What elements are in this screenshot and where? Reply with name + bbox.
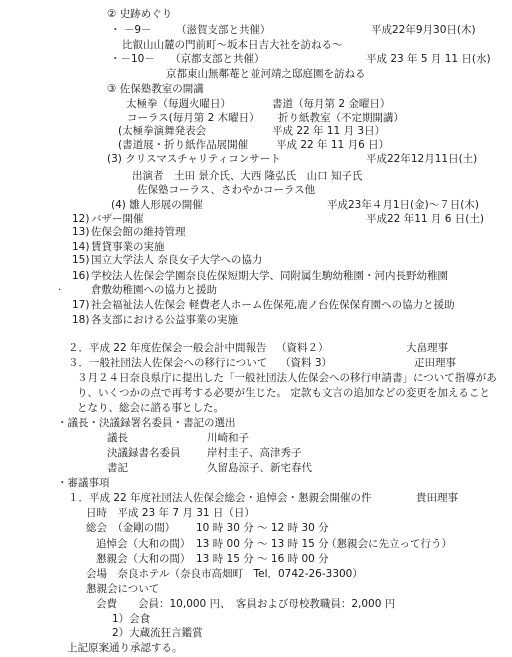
agenda-item-title: １．平成 22 年度社団法人佐保会総会・追悼会・懇親会開催の件 xyxy=(68,491,372,505)
item-16-continuation: 倉敷幼稚園への協力と援助 xyxy=(91,283,217,297)
report-3-title: ３．一般社団法人佐保会への移行について xyxy=(68,356,267,370)
item-17-text: 社会福祉法人佐保会 軽費老人ホーム佐保苑,鹿ノ台佐保保育園への協力と援助 xyxy=(91,298,455,312)
party-heading: 懇親会について xyxy=(86,582,159,596)
item-12-date: 平成22 年11 月 6 日(土) xyxy=(366,212,484,226)
agenda-venue: 会場 奈良ホテル（奈良市高畑町 Tel．0742-26-3300） xyxy=(86,567,363,581)
session-memorial-name: 追悼会（大和の間） xyxy=(96,537,191,551)
officer-signers-role: 決議録書名委員 xyxy=(107,446,181,460)
transition-note-line-1: ３月２４日奈良県庁に提出した「一般社団法人佐保会への移行申請書」について指導があ xyxy=(77,371,497,385)
officers-heading: ・議長・決議録署名委員・書記の選出 xyxy=(57,416,236,430)
classes-heading: ③ 佐保塾教室の開講 xyxy=(107,82,204,96)
officer-signers-names: 岸村圭子、高津秀子 xyxy=(207,446,302,460)
taichi-performance-date: 平成 22 年 11 月 3日） xyxy=(272,124,385,138)
agenda-presenter: 貴田理事 xyxy=(416,491,458,505)
item-15-num: 15) xyxy=(72,253,89,267)
report-3-material: （資料 3） xyxy=(280,356,332,370)
agenda-heading: ・審議事項 xyxy=(57,476,110,490)
tour-10-cohost: （京都支部と共催） xyxy=(170,52,265,66)
item-18-text: 各支部における公益事業の実施 xyxy=(91,313,238,327)
session-party-name: 懇親会（大和の間） xyxy=(96,552,191,566)
item-16-text: 学校法人佐保会学園奈良佐保短期大学、同附属生駒幼稚園・河内長野幼稚園 xyxy=(91,269,448,283)
item-18-num: 18) xyxy=(72,313,89,327)
tour-9-date: 平成22年9月30日(木) xyxy=(371,23,476,37)
stray-dot: · xyxy=(58,283,61,297)
tour-9-label: ・ －9－ xyxy=(110,23,152,37)
officer-secretary-names: 久留島涼子、新宅春代 xyxy=(207,461,312,475)
class-calligraphy: 書道（毎月第 2 金曜日） xyxy=(272,97,390,111)
officer-secretary-role: 書記 xyxy=(107,461,128,475)
class-taichi: 太極拳（毎週火曜日） xyxy=(126,97,231,111)
session-party-time: 13 時 15 分 ～ 16 時 00 分 xyxy=(196,552,329,566)
taichi-performance: (太極拳演舞発表会 xyxy=(118,124,206,138)
item-14-text: 賃貸事業の実施 xyxy=(91,240,165,254)
tour-10-label: ・－10－ xyxy=(110,52,155,66)
item-13-num: 13) xyxy=(72,225,89,239)
report-2-title: ２．平成 22 年度佐保会一般会計中間報告 xyxy=(68,341,267,355)
item-14-num: 14) xyxy=(72,240,89,254)
tour-10-date: 平成 23 年 5 月 11 日(水) xyxy=(366,52,491,66)
transition-note-line-2: り、いくつかの点で再考する必要が生じた。 定款も文言の追加などの変更を加えること xyxy=(77,386,490,400)
report-3-presenter: 疋田理事 xyxy=(414,356,456,370)
session-memorial-note: （懇親会に先立って行う） xyxy=(326,537,452,551)
calligraphy-exhibit-date: 平成 22 年 11 月6 日） xyxy=(276,138,389,152)
approval-statement: 上記原案通り承認する。 xyxy=(67,641,183,655)
party-item-kyogen: 2）大蔵流狂言鑑賞 xyxy=(112,626,203,640)
session-general-name: 総会 （金剛の間） xyxy=(86,521,175,535)
report-2-material: （資料２） xyxy=(276,341,329,355)
item-13-text: 佐保会館の維持管理 xyxy=(91,225,186,239)
tour-9-title: 比叡山山麓の門前町～坂本日吉大社を訪ねる～ xyxy=(122,38,343,52)
item-12-num: 12) xyxy=(72,212,89,226)
christmas-performers-2: 佐保塾コーラス、さわやかコーラス他 xyxy=(137,183,315,197)
class-origami: 折り紙教室（不定期開講） xyxy=(278,111,404,125)
item-16-num: 16) xyxy=(72,269,89,283)
christmas-performers-1: 出演者 土田 景介氏、大西 隆弘氏 山口 知子氏 xyxy=(132,169,363,183)
transition-note-line-3: となり、総会に諮る事とした。 xyxy=(77,401,224,415)
calligraphy-exhibit: (書道展・折り紙作品展開催 xyxy=(118,138,248,152)
officer-chair-role: 議長 xyxy=(107,431,128,445)
session-memorial-time: 13 時 00 分 ～ 13 時 15 分 xyxy=(196,537,329,551)
party-fee: 会費 会員：10,000 円、 客員および母校教職員：2,000 円 xyxy=(96,597,395,611)
class-chorus: コーラス(毎月第 2 木曜日） xyxy=(127,111,260,125)
historic-tours-heading: ② 史跡めぐり xyxy=(107,7,172,21)
tour-10-title: 京都東山無鄰菴と並河靖之邸庭園を訪ねる xyxy=(166,67,366,81)
dolls-date: 平成23年４月1日(金)～７日(木) xyxy=(327,198,479,212)
session-general-time: 10 時 30 分 ～ 12 時 30 分 xyxy=(196,521,329,535)
christmas-date: 平成22年12月11日(土) xyxy=(366,152,477,166)
item-17-num: 17) xyxy=(72,298,89,312)
item-15-text: 国立大学法人 奈良女子大学への協力 xyxy=(91,253,262,267)
christmas-heading: (3) クリスマスチャリティコンサート xyxy=(107,152,281,166)
officer-chair-name: 川崎和子 xyxy=(207,431,249,445)
report-2-presenter: 大畠理事 xyxy=(406,341,448,355)
party-item-meal: 1）会食 xyxy=(112,612,150,626)
agenda-datetime: 日時 平成 23 年 7 月 31 日（日） xyxy=(86,506,255,520)
dolls-heading: (4) 雛人形展の開催 xyxy=(111,198,203,212)
item-12-text: バザー開催 xyxy=(91,212,144,226)
tour-9-cohost: （滋賀支部と共催） xyxy=(176,23,271,37)
